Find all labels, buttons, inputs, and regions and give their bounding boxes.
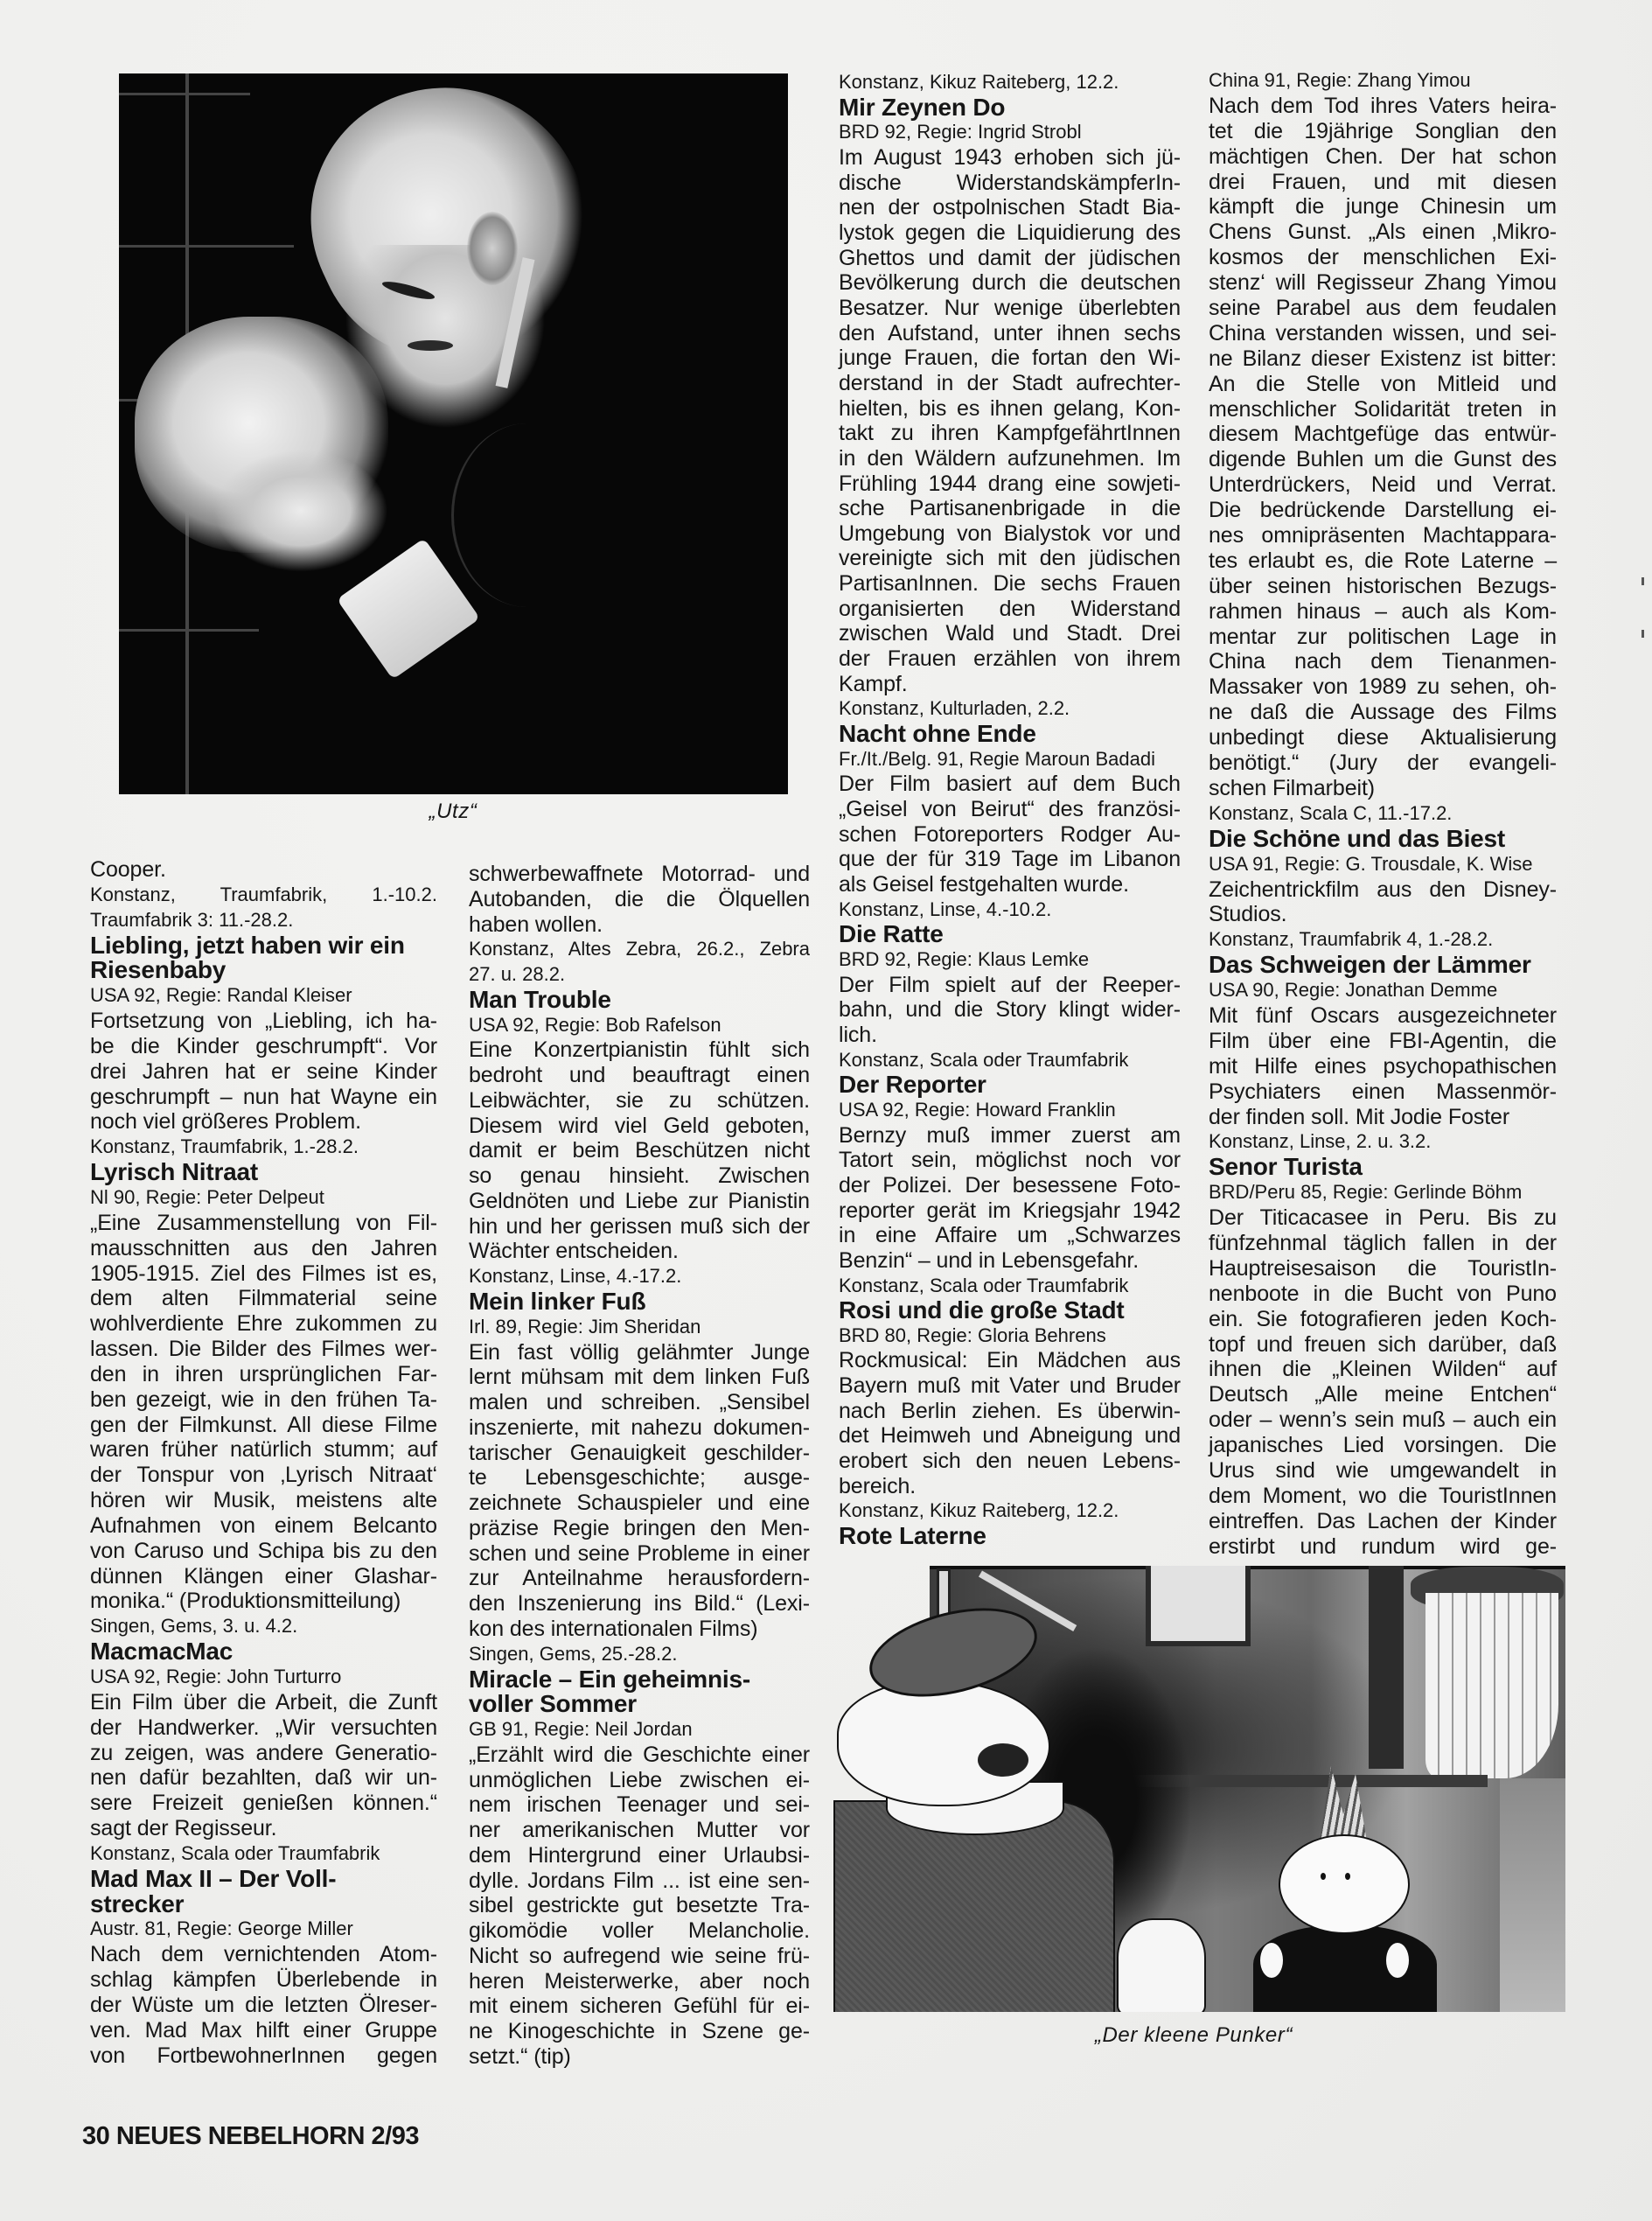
review-credits: GB 91, Regie: Neil Jordan	[469, 1717, 810, 1743]
text-line: monika.“ (Produktionsmitteilung)	[90, 1589, 437, 1614]
text-line: eintreffen. Das Lachen der Kinder	[1209, 1509, 1557, 1534]
text-line: ben gezeigt, wie in den frühen Ta-	[90, 1387, 437, 1413]
text-line: Ein fast völlig gelähmter Junge	[469, 1340, 810, 1365]
review-body: Der Film basiert auf dem Buch„Geisel von…	[839, 772, 1181, 897]
text-line: Der Film spielt auf der Reeper-	[839, 973, 1181, 998]
review-credits: BRD 92, Regie: Klaus Lemke	[839, 947, 1181, 973]
cartoon-still-der-kleene-punker	[833, 1558, 1565, 2012]
review-title: Man Trouble	[469, 988, 810, 1013]
text-line: lernt mühsam mit dem linken Fuß	[469, 1365, 810, 1390]
text-line: China verstanden wissen, und sei-	[1209, 321, 1557, 346]
review-screening-info: Konstanz, Traumfabrik, 1.-28.2.	[90, 1135, 437, 1160]
text-line: tarischer Genauigkeit geschilder-	[469, 1441, 810, 1466]
review-entry: Miracle – Ein geheimnis-voller Sommer GB…	[469, 1667, 810, 2070]
text-line: ein. Sie fotografieren jeden Koch-	[1209, 1307, 1557, 1332]
right-figure-body	[1500, 1778, 1565, 2012]
punk-hand	[1386, 1943, 1409, 1978]
review-screening-info: Singen, Gems, 25.-28.2.	[469, 1642, 810, 1667]
text-line: sere Freizeit genießen können.“	[90, 1791, 437, 1816]
review-entry: Liebling, jetzt haben wir einRiesenbaby …	[90, 933, 437, 1161]
publication-name: NEUES NEBELHORN	[116, 2122, 365, 2150]
text-line: kosmos der menschlichen Exi-	[1209, 245, 1557, 270]
text-line: zur Anteilnahme herausfordern-	[469, 1566, 810, 1591]
review-entry: Mir Zeynen Do BRD 92, Regie: Ingrid Stro…	[839, 95, 1181, 722]
text-line: schen Filmarbeit)	[1209, 776, 1557, 801]
text-line: nenboote in die Bucht von Puno	[1209, 1282, 1557, 1307]
text-line: der Frauen erzählen von ihrem	[839, 646, 1181, 672]
text-line: Benzin“ – und in Lebensgefahr.	[839, 1248, 1181, 1274]
text-line: Mit fünf Oscars ausgezeichneter	[1209, 1003, 1557, 1029]
text-line: Rosi und die große Stadt	[839, 1298, 1181, 1324]
column-3: Konstanz, Kikuz Raiteberg, 12.2. Mir Zey…	[839, 70, 1181, 1549]
text-line: Konstanz, Linse, 4.-17.2.	[469, 1264, 810, 1289]
column-1: Cooper. Konstanz, Traumfabrik, 1.-10.2.T…	[90, 857, 437, 2069]
text-line: Nach dem Tod ihres Vaters heira-	[1209, 94, 1557, 119]
text-line: dünnen Klängen einer Glashar-	[90, 1564, 437, 1589]
text-line: als Geisel festgehalten wurde.	[839, 872, 1181, 897]
text-line: Rockmusical: Ein Mädchen aus	[839, 1348, 1181, 1373]
text-line: dem Moment, wo die TouristInnen	[1209, 1484, 1557, 1509]
review-title: Die Ratte	[839, 922, 1181, 947]
text-line: Konstanz, Altes Zebra, 26.2., Zebra	[469, 937, 810, 962]
punk-hand	[1260, 1943, 1283, 1978]
text-line: zwischen Wald und Stadt. Drei	[839, 621, 1181, 646]
text-line: zu zeigen, was andere Generatio-	[90, 1741, 437, 1766]
text-line: Mad Max II – Der Voll-	[90, 1867, 437, 1892]
text-line: der Handwerker. „Wir versuchten	[90, 1715, 437, 1741]
text-line: Bayern muß mit Vater und Bruder	[839, 1373, 1181, 1399]
text-line: Mein linker Fuß	[469, 1289, 810, 1315]
text-line: digende Buhlen um die Gunst des	[1209, 447, 1557, 472]
text-line: be die Kinder geschrumpft“. Vor	[90, 1034, 437, 1059]
text-line: Im August 1943 erhoben sich jü-	[839, 145, 1181, 171]
text-line: Traumfabrik 3: 11.-28.2.	[90, 908, 437, 933]
review-title: Mad Max II – Der Voll-strecker	[90, 1867, 437, 1917]
column-2: schwerbewaffnete Motorrad- undAutobanden…	[469, 862, 810, 2070]
text-line: Leibwächter, sie zu schützen.	[469, 1088, 810, 1114]
text-line: hören wir Musik, meistens alte	[90, 1488, 437, 1513]
text-line: inszenierte, mit nahezu dokumen-	[469, 1415, 810, 1441]
text-line: dylle. Jordans Film ... ist eine sen-	[469, 1868, 810, 1894]
text-line: Aufnahmen von einem Belcanto	[90, 1513, 437, 1539]
text-line: der finden soll. Mit Jodie Foster	[1209, 1105, 1557, 1130]
review-credits: USA 92, Regie: Randal Kleiser	[90, 983, 437, 1009]
review-entry: Lyrisch Nitraat Nl 90, Regie: Peter Delp…	[90, 1160, 437, 1639]
review-title: Rosi und die große Stadt	[839, 1298, 1181, 1324]
text-line: Konstanz, Linse, 4.-10.2.	[839, 897, 1181, 923]
text-line: sibel gestrickte gut besetzte Tra-	[469, 1893, 810, 1918]
man-mustache	[408, 340, 453, 351]
window-frame	[1369, 1566, 1404, 1769]
man-ear	[467, 212, 518, 285]
review-body: Fortsetzung von „Liebling, ich ha-be die…	[90, 1009, 437, 1135]
text-line: China nach dem Tienanmen-	[1209, 649, 1557, 674]
review-screening-info: Konstanz, Traumfabrik, 1.-10.2.Traumfabr…	[90, 883, 437, 933]
text-line: Autobanden, die die Ölquellen	[469, 887, 810, 912]
review-body: „Eine Zusammenstellung von Fil-mausschni…	[90, 1211, 437, 1615]
text-line: der Wüste um die letzten Ölreser-	[90, 1993, 437, 2018]
text-line: Nach dem vernichtenden Atom-	[90, 1942, 437, 1967]
text-line: so genau hinsieht. Zwischen	[469, 1163, 810, 1189]
review-screening-info: Konstanz, Linse, 2. u. 3.2.	[1209, 1129, 1557, 1155]
text-line: Hauptreisesaison die TouristIn-	[1209, 1256, 1557, 1282]
review-entry: Senor Turista BRD/Peru 85, Regie: Gerlin…	[1209, 1155, 1557, 1559]
text-line: heren Meisterwerke, aber noch	[469, 1969, 810, 1994]
text-line: erstirbt und rundum wird ge-	[1209, 1534, 1557, 1560]
review-title: Die Schöne und das Biest	[1209, 827, 1557, 852]
text-line: bahn, und die Story klingt wider-	[839, 997, 1181, 1023]
text-line: menschlicher Solidarität treten in	[1209, 397, 1557, 423]
review-credits: USA 92, Regie: John Turturro	[90, 1665, 437, 1690]
text-line: ven. Mad Max hilft einer Gruppe	[90, 2018, 437, 2043]
text-line: Singen, Gems, 3. u. 4.2.	[90, 1614, 437, 1639]
text-line: Senor Turista	[1209, 1155, 1557, 1180]
review-screening-info: Konstanz, Traumfabrik 4, 1.-28.2.	[1209, 927, 1557, 953]
review-screening-info: Konstanz, Scala C, 11.-17.2.	[1209, 801, 1557, 827]
text-line: Der Reporter	[839, 1072, 1181, 1098]
review-body: schwerbewaffnete Motorrad- undAutobanden…	[469, 862, 810, 937]
text-line: schen und seine Probleme in einer	[469, 1541, 810, 1567]
text-line: rahmen hinaus – auch als Kom-	[1209, 599, 1557, 625]
review-credits: BRD/Peru 85, Regie: Gerlinde Böhm	[1209, 1180, 1557, 1205]
text-line: stenz‘ will Regisseur Zhang Yimou	[1209, 270, 1557, 296]
shouting-man-mouth	[978, 1743, 1028, 1777]
review-body: Nach dem Tod ihres Vaters heira-tet die …	[1209, 94, 1557, 801]
text-line: Bevölkerung durch die deutschen	[839, 270, 1181, 296]
text-line: von Caruso und Schipa bis zu den	[90, 1539, 437, 1564]
review-entry: Der Reporter USA 92, Regie: Howard Frank…	[839, 1072, 1181, 1298]
text-line: PartisanInnen. Die sechs Frauen	[839, 571, 1181, 597]
issue-number: 2/93	[372, 2122, 419, 2150]
text-line: lassen. Die Bilder des Filmes wer-	[90, 1337, 437, 1362]
review-title: Nacht ohne Ende	[839, 722, 1181, 747]
text-line: Mir Zeynen Do	[839, 95, 1181, 121]
text-line: „Geisel von Beirut“ des französi-	[839, 797, 1181, 822]
review-entry-continued: Konstanz, Kikuz Raiteberg, 12.2.	[839, 70, 1181, 95]
scan-artifact	[1642, 630, 1644, 638]
text-line: lich.	[839, 1023, 1181, 1048]
review-screening-info: Konstanz, Kulturladen, 2.2.	[839, 696, 1181, 722]
text-line: in den Wäldern aufzunehmen. Im	[839, 446, 1181, 471]
text-line: über seinen historischen Bezugs-	[1209, 574, 1557, 599]
text-line: Psychiaters einen Massenmör-	[1209, 1079, 1557, 1105]
text-line: det Heimweh und Abneigung und	[839, 1423, 1181, 1449]
text-line: Miracle – Ein geheimnis-	[469, 1667, 810, 1693]
review-credits: USA 92, Regie: Howard Franklin	[839, 1098, 1181, 1123]
review-credits: Austr. 81, Regie: George Miller	[90, 1917, 437, 1942]
text-line: noch viel größeres Problem.	[90, 1109, 437, 1135]
review-body: Eine Konzertpianistin fühlt sichbedroht …	[469, 1037, 810, 1264]
review-screening-info: Konstanz, Kikuz Raiteberg, 12.2.	[839, 70, 1181, 95]
text-line: Konstanz, Traumfabrik 4, 1.-28.2.	[1209, 927, 1557, 953]
text-line: derstand in der Stadt aufrechter-	[839, 371, 1181, 396]
text-line: organisierten den Widerstand	[839, 597, 1181, 622]
text-line: seine Parabel aus dem feudalen	[1209, 296, 1557, 321]
text-line: erobert sich den neuen Lebens-	[839, 1449, 1181, 1474]
text-line: Geldnöten und Liebe zur Pianistin	[469, 1189, 810, 1214]
text-line: damit er beim Beschützen nicht	[469, 1138, 810, 1163]
text-line: Man Trouble	[469, 988, 810, 1013]
review-entry: Mad Max II – Der Voll-strecker Austr. 81…	[90, 1867, 437, 2069]
scan-artifact	[1642, 577, 1644, 585]
text-line: den Aufstand, unter ihnen sechs	[839, 321, 1181, 346]
text-line: vereinigte sich mit den jüdischen	[839, 546, 1181, 571]
text-line: mausschnitten aus den Jahren	[90, 1236, 437, 1261]
review-title: Der Reporter	[839, 1072, 1181, 1098]
text-line: Konstanz, Traumfabrik, 1.-10.2.	[90, 883, 437, 908]
text-line: wohlverdiente Ehre zukommen zu	[90, 1311, 437, 1337]
review-credits: China 91, Regie: Zhang Yimou	[1209, 68, 1557, 94]
photo-utz	[119, 73, 788, 794]
hands-holding-figurine	[213, 450, 388, 572]
text-line: Konstanz, Kikuz Raiteberg, 12.2.	[839, 1498, 1181, 1524]
text-line: bedroht und beauftragt einen	[469, 1063, 810, 1088]
review-credits: BRD 92, Regie: Ingrid Strobl	[839, 120, 1181, 145]
text-line: topf und freuen sich darüber, daß	[1209, 1332, 1557, 1358]
wall-picture-frame	[1146, 1566, 1251, 1646]
text-line: Diesem wird viel Geld geboten,	[469, 1114, 810, 1139]
review-entry-continued: schwerbewaffnete Motorrad- undAutobanden…	[469, 862, 810, 988]
review-entry: Mein linker Fuß Irl. 89, Regie: Jim Sher…	[469, 1289, 810, 1666]
text-line: drei Jahren hat er seine Kinder	[90, 1059, 437, 1085]
page-footer: 30 NEUES NEBELHORN 2/93	[82, 2121, 419, 2151]
page-number: 30	[82, 2122, 109, 2150]
review-body: Ein Film über die Arbeit, die Zunftder H…	[90, 1690, 437, 1841]
text-line: Singen, Gems, 25.-28.2.	[469, 1642, 810, 1667]
text-line: waren früher natürlich stumm; auf	[90, 1437, 437, 1463]
shouting-man-hand	[1117, 1918, 1206, 2012]
review-credits: Fr./It./Belg. 91, Regie Maroun Badadi	[839, 747, 1181, 772]
tile-grout-line	[119, 245, 294, 248]
text-line: An die Stelle von Mitleid und	[1209, 372, 1557, 397]
text-line: que der für 319 Tage im Libanon	[839, 847, 1181, 872]
review-credits: USA 90, Regie: Jonathan Demme	[1209, 978, 1557, 1003]
review-body: Der Titicacasee in Peru. Bis zufünfzehnm…	[1209, 1205, 1557, 1559]
text-line: diesem Machtgefüge das entwür-	[1209, 422, 1557, 447]
text-line: Konstanz, Kulturladen, 2.2.	[839, 696, 1181, 722]
text-line: sche Partisanenbrigade in die	[839, 496, 1181, 521]
text-line: Konstanz, Kikuz Raiteberg, 12.2.	[839, 70, 1181, 95]
text-line: zeichnete Schauspieler und eine	[469, 1491, 810, 1516]
review-entry: Die Schöne und das Biest USA 91, Regie: …	[1209, 827, 1557, 953]
review-credits: BRD 80, Regie: Gloria Behrens	[839, 1324, 1181, 1349]
review-entry: MacmacMac USA 92, Regie: John Turturro E…	[90, 1639, 437, 1867]
text-line: nen der ostpolnischen Stadt Bia-	[839, 195, 1181, 220]
text-line: Zeichentrickfilm aus den Disney-	[1209, 877, 1557, 903]
photo-caption-utz: „Utz“	[366, 800, 540, 824]
text-line: schwerbewaffnete Motorrad- und	[469, 862, 810, 887]
review-screening-info: Konstanz, Kikuz Raiteberg, 12.2.	[839, 1498, 1181, 1524]
tile-grout-line	[119, 629, 259, 632]
text-line: Liebling, jetzt haben wir ein	[90, 933, 437, 959]
text-line: Konstanz, Scala C, 11.-17.2.	[1209, 801, 1557, 827]
review-body: Ein fast völlig gelähmter Jungelernt müh…	[469, 1340, 810, 1642]
text-line: dem alten Filmmaterial seine	[90, 1286, 437, 1311]
text-line: „Erzählt wird die Geschichte einer	[469, 1743, 810, 1768]
text-line: mächtigen Chen. Der hat schon	[1209, 144, 1557, 170]
review-title: Mein linker Fuß	[469, 1289, 810, 1315]
tile-grout-line	[119, 93, 250, 95]
text-line: Besatzer. Nur wenige überlebten	[839, 296, 1181, 321]
text-line: hielten, bis es ihnen gelang, Kon-	[839, 396, 1181, 422]
text-line: Fortsetzung von „Liebling, ich ha-	[90, 1009, 437, 1034]
review-entry-continued: Cooper. Konstanz, Traumfabrik, 1.-10.2.T…	[90, 857, 437, 933]
text-line: Nacht ohne Ende	[839, 722, 1181, 747]
review-credits: Nl 90, Regie: Peter Delpeut	[90, 1185, 437, 1211]
text-line: Unterdrückers, Neid und Verrat.	[1209, 472, 1557, 498]
text-line: Konstanz, Scala oder Traumfabrik	[90, 1841, 437, 1867]
review-title: Lyrisch Nitraat	[90, 1160, 437, 1185]
text-line: Film über eine FBI-Agentin, die	[1209, 1029, 1557, 1054]
text-line: mit einem sicheren Gefühl für ei-	[469, 1994, 810, 2019]
text-line: Die Ratte	[839, 922, 1181, 947]
review-entry: Die Ratte BRD 92, Regie: Klaus Lemke Der…	[839, 922, 1181, 1072]
column-4: China 91, Regie: Zhang Yimou Nach dem To…	[1209, 68, 1557, 1560]
text-line: junge Frauen, die fortan den Wi-	[839, 346, 1181, 371]
review-body: Der Film spielt auf der Reeper-bahn, und…	[839, 973, 1181, 1048]
review-title: Mir Zeynen Do	[839, 95, 1181, 121]
text-line: den in ihren ursprünglichen Far-	[90, 1362, 437, 1387]
text-line: nach Berlin ziehen. Es überwin-	[839, 1399, 1181, 1424]
text-line: Konstanz, Linse, 2. u. 3.2.	[1209, 1129, 1557, 1155]
text-line: Deutsch „Alle meine Entchen“	[1209, 1382, 1557, 1407]
text-line: den Inszenierung ins Bild.“ (Lexi-	[469, 1591, 810, 1617]
text-line: Konstanz, Scala oder Traumfabrik	[839, 1048, 1181, 1073]
review-body: Mit fünf Oscars ausgezeichneterFilm über…	[1209, 1003, 1557, 1129]
text-line: 27. u. 28.2.	[469, 962, 810, 988]
text-line: präzise Regie bringen den Men-	[469, 1516, 810, 1541]
text-line: Das Schweigen der Lämmer	[1209, 953, 1557, 978]
text-line: hin und her gerissen muß sich der	[469, 1214, 810, 1240]
text-line: ihnen die „Kleinen Wilden“ auf	[1209, 1357, 1557, 1382]
review-title: Miracle – Ein geheimnis-voller Sommer	[469, 1667, 810, 1718]
text-line: sagt der Regisseur.	[90, 1816, 437, 1841]
review-body: Zeichentrickfilm aus den Disney-Studios.	[1209, 877, 1557, 928]
text-line: ne Kinogeschichte in Szene ge-	[469, 2019, 810, 2044]
text-line: gikomödie voller Melancholie.	[469, 1918, 810, 1944]
review-screening-info: Singen, Gems, 3. u. 4.2.	[90, 1614, 437, 1639]
review-entry: Man Trouble USA 92, Regie: Bob Rafelson …	[469, 988, 810, 1289]
review-body: Bernzy muß immer zuerst amTatort sein, m…	[839, 1123, 1181, 1274]
review-body: Cooper.	[90, 857, 437, 883]
text-line: Bernzy muß immer zuerst am	[839, 1123, 1181, 1149]
text-line: MacmacMac	[90, 1639, 437, 1665]
text-line: Urus sind wie umgewandelt in	[1209, 1458, 1557, 1484]
text-line: Riesenbaby	[90, 958, 437, 983]
review-credits: Irl. 89, Regie: Jim Sheridan	[469, 1315, 810, 1340]
text-line: Umgebung von Bialystok vor und	[839, 521, 1181, 547]
text-line: nen dafür bezahlten, daß wir un-	[90, 1765, 437, 1791]
text-line: mit Hilfe eines psychopathischen	[1209, 1054, 1557, 1079]
text-line: Chens Gunst. „Als einen ‚Mikro-	[1209, 220, 1557, 245]
text-line: unmöglichen Liebe zwischen ei-	[469, 1768, 810, 1793]
text-line: haben wollen.	[469, 912, 810, 938]
review-screening-info: Konstanz, Scala oder Traumfabrik	[90, 1841, 437, 1867]
text-line: in eine Affaire um „Schwarzes	[839, 1223, 1181, 1248]
text-line: Tatort sein, möglichst noch vor	[839, 1148, 1181, 1173]
text-line: schlag kämpfen Überlebende in	[90, 1967, 437, 1993]
text-line: Die bedrückende Darstellung ei-	[1209, 498, 1557, 523]
jacket-lapel	[451, 423, 603, 607]
review-screening-info: Konstanz, Linse, 4.-17.2.	[469, 1264, 810, 1289]
punk-head	[1279, 1834, 1410, 1934]
text-line: der Polizei. Der besessene Foto-	[839, 1173, 1181, 1198]
text-line: setzt.“ (tip)	[469, 2044, 810, 2070]
text-line: Ein Film über die Arbeit, die Zunft	[90, 1690, 437, 1715]
text-line: nes omnipräsenten Machtappara-	[1209, 523, 1557, 548]
text-line: Rote Laterne	[839, 1524, 1181, 1549]
text-line: Nicht so aufregend wie seine frü-	[469, 1944, 810, 1969]
review-body: Nach dem vernichtenden Atom-schlag kämpf…	[90, 1942, 437, 2068]
photo-caption-der-kleene-punker: „Der kleene Punker“	[1019, 2023, 1369, 2048]
punk-eye	[1321, 1873, 1326, 1880]
text-line: kämpft die junge Chinesin um	[1209, 194, 1557, 220]
text-line: Der Titicacasee in Peru. Bis zu	[1209, 1205, 1557, 1231]
text-line: te Lebensgeschichte; ausge-	[469, 1465, 810, 1491]
text-line: strecker	[90, 1892, 437, 1917]
review-title: Senor Turista	[1209, 1155, 1557, 1180]
text-line: malen und schreiben. „Sensibel	[469, 1390, 810, 1415]
text-line: Cooper.	[90, 857, 437, 883]
right-figure-striped-garment	[1425, 1593, 1558, 1778]
text-line: dem Hintergrund einer Urlaubsi-	[469, 1843, 810, 1868]
shouting-man-face	[837, 1680, 1050, 1806]
text-line: Wächter entscheiden.	[469, 1239, 810, 1264]
review-title: Liebling, jetzt haben wir einRiesenbaby	[90, 933, 437, 984]
review-body: Rockmusical: Ein Mädchen ausBayern muß m…	[839, 1348, 1181, 1498]
review-entry-continued: China 91, Regie: Zhang Yimou Nach dem To…	[1209, 68, 1557, 827]
text-line: voller Sommer	[469, 1692, 810, 1717]
text-line: schen Fotoreporters Rodger Au-	[839, 822, 1181, 848]
review-credits: USA 92, Regie: Bob Rafelson	[469, 1013, 810, 1038]
review-entry: Das Schweigen der Lämmer USA 90, Regie: …	[1209, 953, 1557, 1155]
review-body: Im August 1943 erhoben sich jü-dische Wi…	[839, 145, 1181, 696]
review-screening-info: Konstanz, Linse, 4.-10.2.	[839, 897, 1181, 923]
text-line: der Tonspur von ‚Lyrisch Nitraat‘	[90, 1463, 437, 1488]
review-screening-info: Konstanz, Altes Zebra, 26.2., Zebra27. u…	[469, 937, 810, 988]
text-line: Kampf.	[839, 672, 1181, 697]
review-body: „Erzählt wird die Geschichte einerunmögl…	[469, 1743, 810, 2070]
review-title: Das Schweigen der Lämmer	[1209, 953, 1557, 978]
text-line: drei Frauen, und mit diesen	[1209, 170, 1557, 195]
review-entry: Rosi und die große Stadt BRD 80, Regie: …	[839, 1298, 1181, 1524]
text-line: Ghettos und damit der jüdischen	[839, 246, 1181, 271]
text-line: Der Film basiert auf dem Buch	[839, 772, 1181, 797]
text-line: nem irischen Teenager und sei-	[469, 1792, 810, 1818]
review-entry: Nacht ohne Ende Fr./It./Belg. 91, Regie …	[839, 722, 1181, 922]
review-title: Rote Laterne	[839, 1524, 1181, 1549]
text-line: geschrumpft – nun hat Wayne ein	[90, 1085, 437, 1110]
text-line: Lyrisch Nitraat	[90, 1160, 437, 1185]
text-line: Massaker von 1989 zu sehen, oh-	[1209, 674, 1557, 700]
text-line: japanisches Lied vorsingen. Die	[1209, 1433, 1557, 1458]
text-line: gen der Filmkunst. All diese Filme	[90, 1413, 437, 1438]
review-title: MacmacMac	[90, 1639, 437, 1665]
punk-eye	[1345, 1873, 1350, 1880]
review-screening-info: Konstanz, Scala oder Traumfabrik	[839, 1274, 1181, 1299]
text-line: ne Bilanz dieser Existenz ist bitter:	[1209, 346, 1557, 372]
text-line: ne daß die Aussage des Films	[1209, 700, 1557, 725]
text-line: benötigt.“ (Jury der evangeli-	[1209, 751, 1557, 776]
text-line: 1905-1915. Ziel des Filmes ist es,	[90, 1261, 437, 1287]
text-line: Konstanz, Traumfabrik, 1.-28.2.	[90, 1135, 437, 1160]
text-line: Studios.	[1209, 902, 1557, 927]
text-line: Frühling 1944 drang eine sowjeti-	[839, 471, 1181, 497]
text-line: unbedingt diese Aktualisierung	[1209, 725, 1557, 751]
text-line: lystok gegen die Liquidierung des	[839, 220, 1181, 246]
text-line: takt zu ihren KampfgefährtInnen	[839, 421, 1181, 446]
text-line: mentar zur politischen Lage in	[1209, 625, 1557, 650]
